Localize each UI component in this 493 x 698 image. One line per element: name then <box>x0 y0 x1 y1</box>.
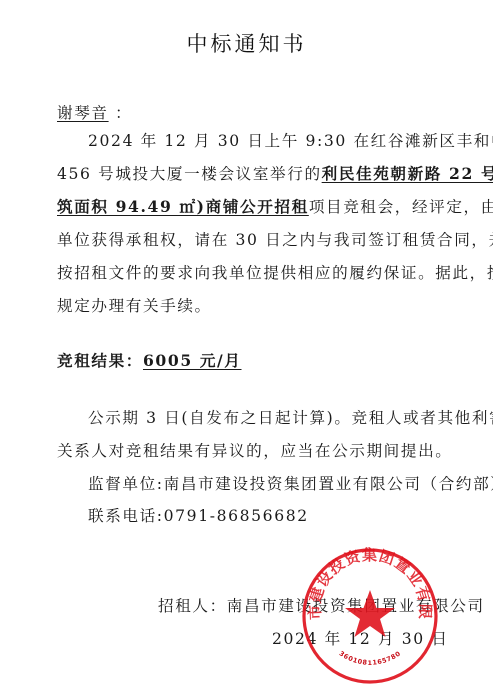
supervisor-line: 监督单位:南昌市建设投资集团置业有限公司（合约部） <box>88 474 493 494</box>
svg-text:3601081165780: 3601081165780 <box>338 649 403 666</box>
result-line: 竞租结果：6005 元/月 <box>57 351 242 371</box>
body-line-5: 按招租文件的要求向我单位提供相应的履约保证。据此，按 <box>57 263 493 283</box>
seal-number-text: 3601081165780 <box>338 649 403 666</box>
body-line-2-prefix: 456 号城投大厦一楼会议室举行的 <box>57 165 322 183</box>
result-value: 6005 元/月 <box>143 351 242 370</box>
body-line-3-suffix: 项目竞租会，经评定，由你 <box>309 198 493 216</box>
notice-line-1: 公示期 3 日(自发布之日起计算)。竞租人或者其他利害 <box>88 408 493 428</box>
result-label: 竞租结果： <box>57 351 143 370</box>
notice-line-2: 关系人对竞租结果有异议的，应当在公示期间提出。 <box>57 441 452 461</box>
phone-line: 联系电话:0791-86856682 <box>88 506 309 526</box>
body-line-6: 规定办理有关手续。 <box>57 296 212 316</box>
project-name-part-2: 筑面积 94.49 ㎡)商铺公开招租 <box>57 197 309 216</box>
company-seal-icon: 南昌市建设投资集团置业有限公司 3601081165780 <box>300 546 440 686</box>
salutation: 谢琴音 ： <box>57 103 132 123</box>
recipient-name: 谢琴音 <box>57 104 109 122</box>
salutation-colon: ： <box>109 104 133 122</box>
body-line-3: 筑面积 94.49 ㎡)商铺公开招租项目竞租会，经评定，由你 <box>57 197 493 217</box>
body-line-2: 456 号城投大厦一楼会议室举行的利民佳苑朝新路 22 号(建 <box>57 164 493 184</box>
document-title: 中标通知书 <box>0 28 493 58</box>
project-name-part-1: 利民佳苑朝新路 22 号(建 <box>322 164 493 183</box>
body-line-1: 2024 年 12 月 30 日上午 9:30 在红谷滩新区丰和中大道 <box>88 131 493 151</box>
body-line-4: 单位获得承租权，请在 30 日之内与我司签订租赁合同，并 <box>57 230 493 250</box>
